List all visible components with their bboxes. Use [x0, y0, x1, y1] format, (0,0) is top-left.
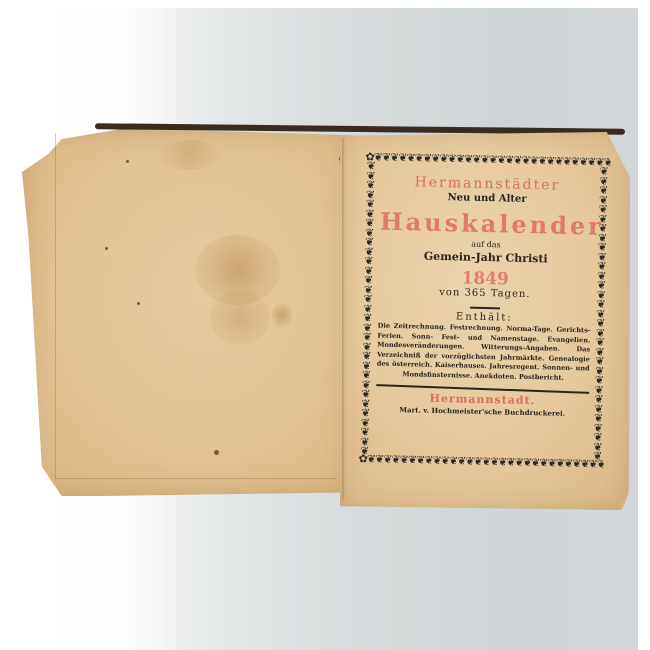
- foxing-spot: [214, 450, 219, 455]
- title-page-content: Hermannstädter Neu und Alter Hauskalende…: [375, 170, 594, 455]
- water-stain: [210, 290, 270, 345]
- main-title: Hauskalender: [380, 208, 594, 241]
- left-page-fold-line: [55, 133, 336, 479]
- foxing-spot: [126, 160, 129, 163]
- year-label: Gemein-Jahr Christi: [379, 249, 592, 267]
- water-stain: [160, 140, 220, 170]
- divider-short: [470, 307, 500, 310]
- contents-list: Die Zeitrechnung. Festrechnung. Norma-Ta…: [376, 322, 590, 384]
- foxing-spot: [105, 247, 108, 250]
- open-almanac: ✿❦❦❦❦❦❦❦❦❦❦❦❦❦❦❦❦❦❦❦❦❦❦❦❦❦❦❦❦❦❦✿ ✿❦❦❦❦❦❦…: [0, 0, 650, 650]
- foxing-spot: [137, 302, 140, 305]
- water-stain: [272, 303, 292, 327]
- title-page-frame: ✿❦❦❦❦❦❦❦❦❦❦❦❦❦❦❦❦❦❦❦❦❦❦❦❦❦❦❦❦❦❦✿ ✿❦❦❦❦❦❦…: [358, 151, 610, 470]
- book-spine: [342, 138, 345, 500]
